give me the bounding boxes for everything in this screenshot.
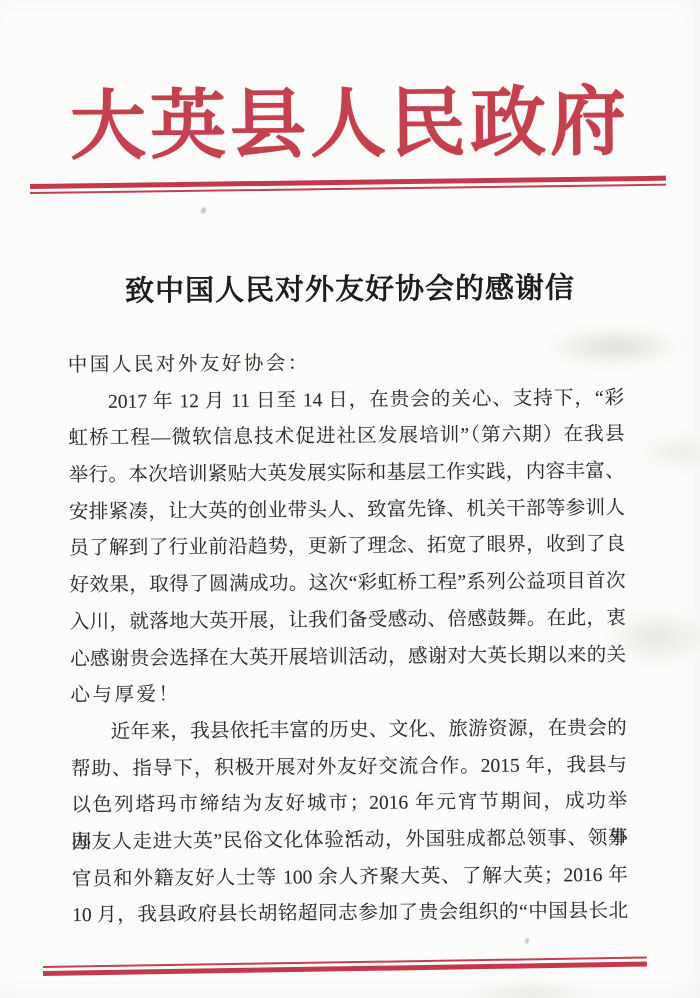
scan-speck bbox=[524, 937, 530, 944]
scanned-letter-page: 大英县人民政府 致中国人民对外友好协会的感谢信 中国人民对外友好协会：2017 … bbox=[0, 0, 700, 998]
letterhead-org-name: 大英县人民政府 bbox=[0, 81, 700, 171]
letter-body: 中国人民对外友好协会：2017 年 12 月 11 日至 14 日，在贵会的关心… bbox=[68, 344, 629, 935]
letter-line: 10 月，我县政府县长胡铭超同志参加了贵会组织的“中国县长北 bbox=[72, 894, 628, 935]
letter-line: 员了解到了行业前沿趋势，更新了理念、拓宽了眼界，收到了良 bbox=[69, 527, 625, 568]
letter-line: 近年来，我县依托丰富的历史、文化、旅游资源，在贵会的 bbox=[71, 711, 627, 752]
scan-smudge bbox=[636, 432, 700, 472]
letter-line: 虹桥工程—微软信息技术促进社区发展培训”（第六期）在我县 bbox=[68, 417, 624, 458]
letter-line: 举行。本次培训紧贴大英发展实际和基层工作实践，内容丰富、 bbox=[69, 454, 625, 495]
letter-line: 心感谢贵会选择在大英开展培训活动，感谢对大英长期以来的关 bbox=[70, 637, 626, 678]
letterhead-rule bbox=[30, 176, 666, 194]
footer-rule bbox=[43, 957, 647, 976]
scan-smudge bbox=[470, 980, 590, 998]
letter-title: 致中国人民对外友好协会的感谢信 bbox=[0, 265, 700, 311]
letter-line: 入川，就落地大英开展，让我们备受感动、倍感鼓舞。在此，衷 bbox=[70, 601, 626, 642]
letter-line: 帮助、指导下，积极开展对外友好交流合作。2015 年，我县与 bbox=[71, 747, 627, 788]
letter-line: 安排紧凑，让大英的创业带头人、致富先锋、机关干部等参训人 bbox=[69, 491, 625, 532]
scan-speck bbox=[200, 206, 207, 214]
letter-line: 2017 年 12 月 11 日至 14 日，在贵会的关心、支持下，“彩 bbox=[68, 381, 624, 422]
letter-line: 国友人走进大英”民俗文化体验活动，外国驻成都总领事、领事 bbox=[71, 821, 627, 862]
letter-line: 以色列塔玛市缔结为友好城市；2016 年元宵节期间，成功举办“外 bbox=[71, 784, 627, 825]
letter-line: 官员和外籍友好人士等 100 余人齐聚大英、了解大英；2016 年 bbox=[72, 857, 628, 898]
letter-line: 好效果，取得了圆满成功。这次“彩虹桥工程”系列公益项目首次 bbox=[69, 564, 625, 605]
letter-line: 心与厚爱！ bbox=[70, 674, 626, 715]
letter-line: 中国人民对外友好协会： bbox=[68, 344, 624, 385]
